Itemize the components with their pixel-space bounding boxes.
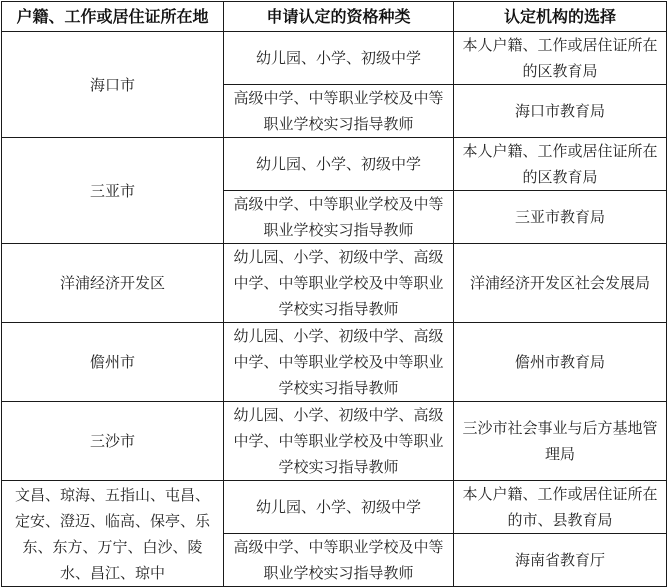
authority-cell: 本人户籍、工作或居住证所在的市、县教育局: [454, 481, 667, 534]
location-cell: 三沙市: [2, 402, 224, 481]
location-cell: 文昌、琼海、五指山、屯昌、定安、澄迈、临高、保亭、乐东、东方、万宁、白沙、陵水、…: [2, 481, 224, 587]
authority-cell: 儋州市教育局: [454, 323, 667, 402]
table-row: 洋浦经济开发区 幼儿园、小学、初级中学、高级中学、中等职业学校及中等职业学校实习…: [2, 244, 667, 323]
header-location: 户籍、工作或居住证所在地: [2, 2, 224, 32]
qualification-type-cell: 幼儿园、小学、初级中学: [224, 138, 454, 191]
location-cell: 海口市: [2, 32, 224, 138]
qualification-type-cell: 高级中学、中等职业学校及中等职业学校实习指导教师: [224, 534, 454, 587]
qualification-type-cell: 高级中学、中等职业学校及中等职业学校实习指导教师: [224, 85, 454, 138]
certification-authority-table: 户籍、工作或居住证所在地 申请认定的资格种类 认定机构的选择 海口市 幼儿园、小…: [1, 1, 667, 587]
qualification-type-cell: 幼儿园、小学、初级中学: [224, 481, 454, 534]
qualification-type-cell: 幼儿园、小学、初级中学、高级中学、中等职业学校及中等职业学校实习指导教师: [224, 244, 454, 323]
authority-cell: 本人户籍、工作或居住证所在的区教育局: [454, 138, 667, 191]
authority-cell: 本人户籍、工作或居住证所在的区教育局: [454, 32, 667, 85]
table-row: 三沙市 幼儿园、小学、初级中学、高级中学、中等职业学校及中等职业学校实习指导教师…: [2, 402, 667, 481]
authority-cell: 三亚市教育局: [454, 191, 667, 244]
authority-cell: 洋浦经济开发区社会发展局: [454, 244, 667, 323]
header-qualification-type: 申请认定的资格种类: [224, 2, 454, 32]
qualification-type-cell: 幼儿园、小学、初级中学、高级中学、中等职业学校及中等职业学校实习指导教师: [224, 402, 454, 481]
table-row: 海口市 幼儿园、小学、初级中学 本人户籍、工作或居住证所在的区教育局: [2, 32, 667, 85]
authority-cell: 三沙市社会事业与后方基地管理局: [454, 402, 667, 481]
authority-cell: 海南省教育厅: [454, 534, 667, 587]
header-row: 户籍、工作或居住证所在地 申请认定的资格种类 认定机构的选择: [2, 2, 667, 32]
qualification-type-cell: 幼儿园、小学、初级中学、高级中学、中等职业学校及中等职业学校实习指导教师: [224, 323, 454, 402]
table-row: 文昌、琼海、五指山、屯昌、定安、澄迈、临高、保亭、乐东、东方、万宁、白沙、陵水、…: [2, 481, 667, 534]
qualification-type-cell: 高级中学、中等职业学校及中等职业学校实习指导教师: [224, 191, 454, 244]
qualification-type-cell: 幼儿园、小学、初级中学: [224, 32, 454, 85]
location-cell: 三亚市: [2, 138, 224, 244]
location-cell: 洋浦经济开发区: [2, 244, 224, 323]
authority-cell: 海口市教育局: [454, 85, 667, 138]
location-cell: 儋州市: [2, 323, 224, 402]
table-row: 三亚市 幼儿园、小学、初级中学 本人户籍、工作或居住证所在的区教育局: [2, 138, 667, 191]
header-authority: 认定机构的选择: [454, 2, 667, 32]
table-row: 儋州市 幼儿园、小学、初级中学、高级中学、中等职业学校及中等职业学校实习指导教师…: [2, 323, 667, 402]
